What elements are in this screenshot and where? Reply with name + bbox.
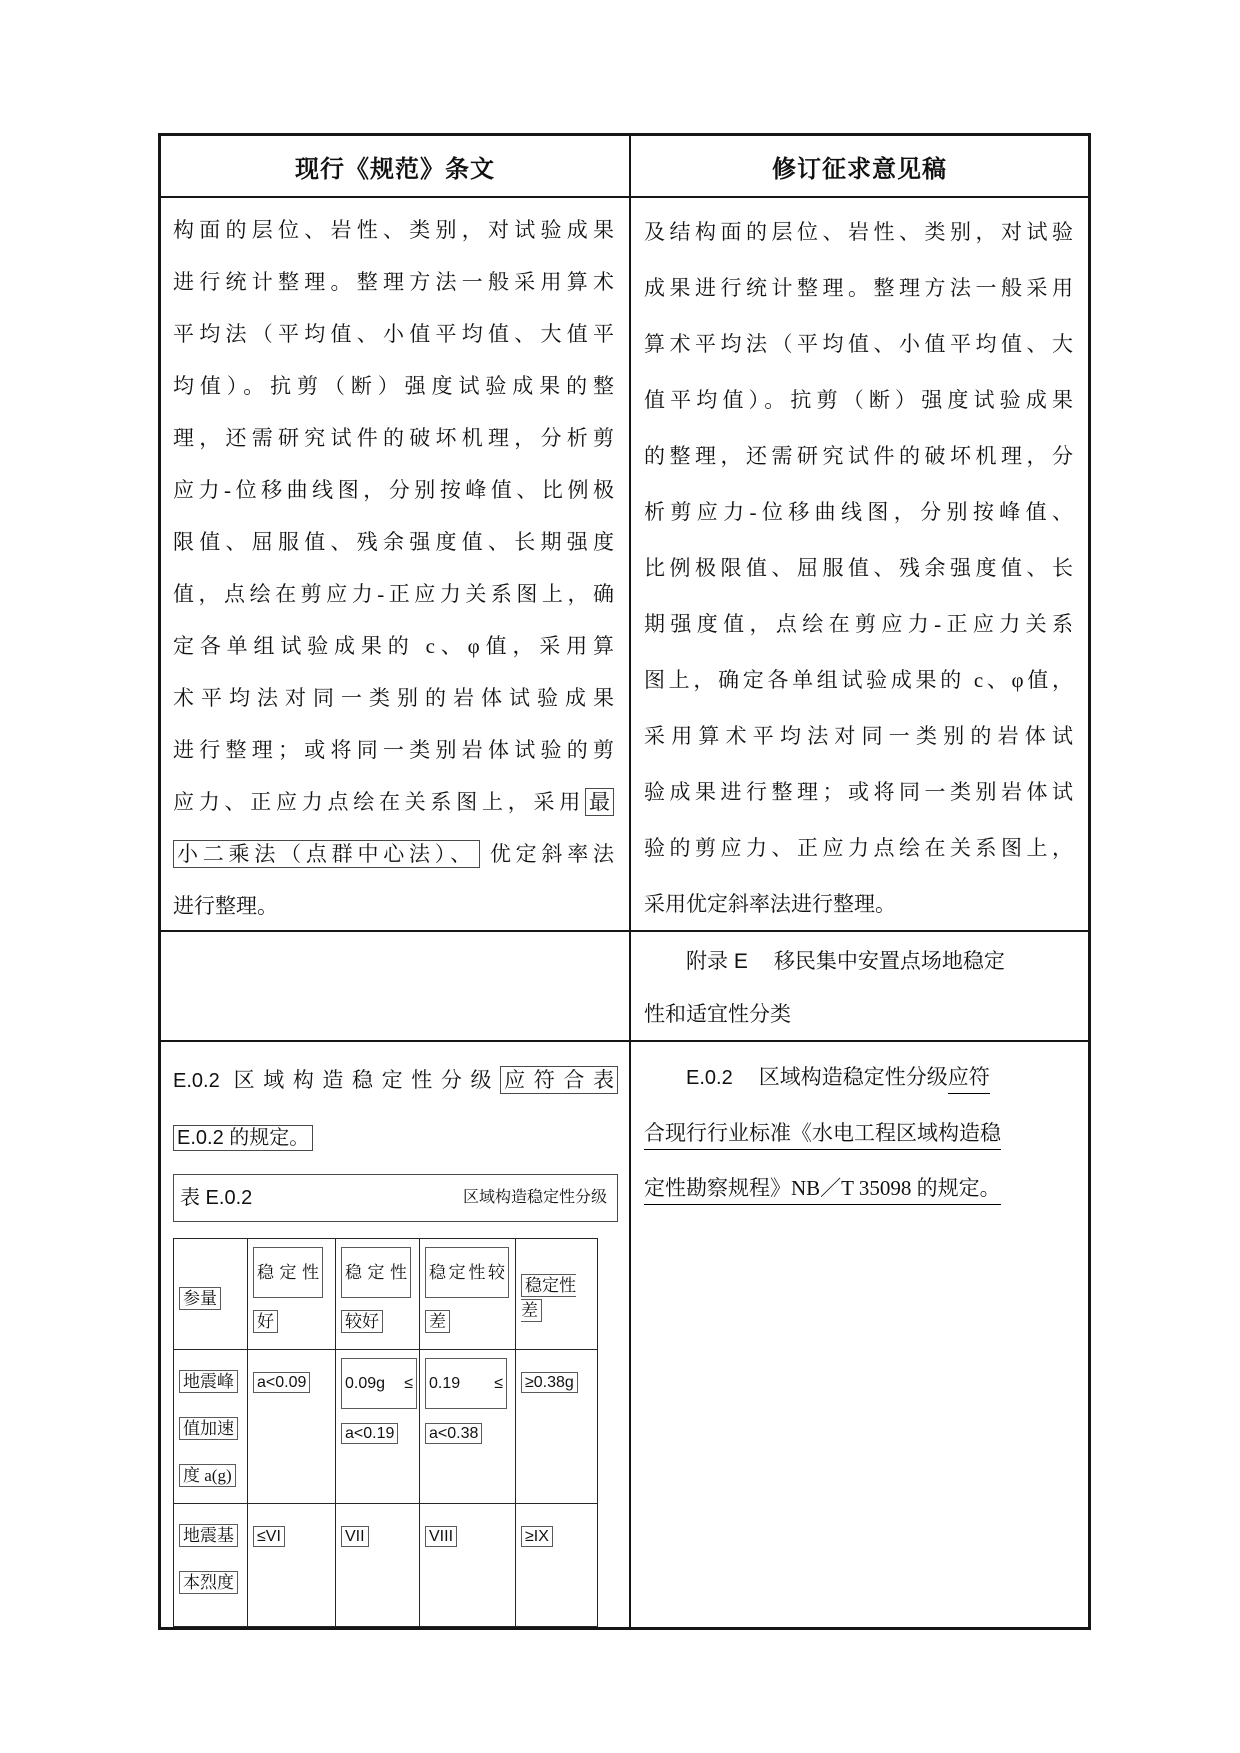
revision-box: 小二乘法（点群中心法）、 <box>173 840 480 868</box>
clause-line: E.0.2 的规定。 <box>173 1109 618 1166</box>
table-header-row: 现行《规范》条文 修订征求意见稿 <box>161 136 1088 198</box>
revision-box: a<0.38 <box>425 1423 482 1444</box>
revision-box: 度 a(g) <box>179 1464 236 1487</box>
text-line: 及结构面的层位、岩性、类别，对试验 <box>644 204 1073 260</box>
revision-cell: 附录 E移民集中安置点场地稳定 性和适宜性分类 <box>631 932 1088 1040</box>
underlined-insertion: 定性勘察规程》NB／T 35098 的规定。 <box>644 1176 1001 1205</box>
clause-row: E.0.2 区域构造稳定性分级应符合表 E.0.2 的规定。 表 E.0.2区域… <box>161 1042 1088 1627</box>
revision-box: ≥IX <box>521 1526 553 1547</box>
param-cell: 地震峰值加速度 a(g) <box>174 1350 248 1504</box>
revision-cell: 及结构面的层位、岩性、类别，对试验 成果进行统计整理。整理方法一般采用 算术平均… <box>631 198 1088 930</box>
text-line: 采用算术平均法对同一类别的岩体试 <box>644 708 1073 764</box>
revision-box: 较好 <box>341 1310 383 1333</box>
table-caption: 表 E.0.2区域构造稳定性分级 <box>173 1174 618 1222</box>
current-spec-cell: E.0.2 区域构造稳定性分级应符合表 E.0.2 的规定。 表 E.0.2区域… <box>161 1042 631 1627</box>
text-line: 的整理，还需研究试件的破坏机理，分 <box>644 428 1073 484</box>
stability-table-row-acceleration: 地震峰值加速度 a(g) a<0.09 0.09g ≤a<0.19 0.19 ≤… <box>174 1350 598 1504</box>
clause-text: 区域构造稳定性分级 <box>759 1065 948 1089</box>
revision-box: 好 <box>253 1310 278 1333</box>
stability-table-header-row: 参量 稳定性好 稳定性较好 稳定性较差 稳定性差 <box>174 1239 598 1350</box>
header-cell: 稳定性较好 <box>336 1239 420 1350</box>
value-cell: a<0.09 <box>248 1350 336 1504</box>
text-line: 验的剪应力、正应力点绘在关系图上， <box>644 820 1073 876</box>
text-line: 限值、屈服值、残余强度值、长期强度 <box>173 516 614 568</box>
comparison-table: 现行《规范》条文 修订征求意见稿 构面的层位、岩性、类别，对试验成果 进行统计整… <box>158 133 1091 1630</box>
current-spec-empty-cell <box>161 932 631 1040</box>
clause-line: 合现行行业标准《水电工程区域构造稳 <box>644 1106 1073 1161</box>
stability-table: 参量 稳定性好 稳定性较好 稳定性较差 稳定性差 地震峰值加速度 a(g) a<… <box>173 1238 598 1627</box>
text-line: 成果进行统计整理。整理方法一般采用 <box>644 260 1073 316</box>
underlined-insertion: 应符 <box>948 1065 990 1094</box>
clause-text: 区域构造稳定性分级 <box>234 1068 501 1092</box>
revision-box: 稳定性较 <box>425 1247 509 1298</box>
value-cell: 0.09g ≤a<0.19 <box>336 1350 420 1504</box>
revision-box: VII <box>341 1526 369 1547</box>
clause-number: E.0.2 <box>686 1067 733 1089</box>
text-line: 术平均法对同一类别的岩体试验成果 <box>173 672 614 724</box>
stability-table-row-intensity: 地震基本烈度 ≤VI VII VIII ≥IX <box>174 1504 598 1627</box>
revision-box: VIII <box>425 1526 457 1547</box>
value-cell: ≥0.38g <box>516 1350 598 1504</box>
appendix-title-line: 附录 E移民集中安置点场地稳定 <box>644 935 1073 988</box>
text-line: 值平均值）。抗剪（断）强度试验成果 <box>644 372 1073 428</box>
text-segment: 应力、正应力点绘在关系图上，采用 <box>173 790 585 814</box>
text-line: 比例极限值、屈服值、残余强度值、长 <box>644 540 1073 596</box>
revision-box: 本烈度 <box>179 1571 238 1594</box>
text-line: 小二乘法（点群中心法）、 优定斜率法 <box>173 828 614 880</box>
header-revision-draft: 修订征求意见稿 <box>631 136 1088 196</box>
revision-box: 参量 <box>179 1287 221 1310</box>
text-line: 构面的层位、岩性、类别，对试验成果 <box>173 204 614 256</box>
revision-box: E.0.2 的规定。 <box>173 1125 313 1151</box>
text-line: 应力、正应力点绘在关系图上，采用最 <box>173 776 614 828</box>
revision-box: 最 <box>585 788 614 816</box>
revision-box: 稳定性差 <box>521 1274 576 1322</box>
appendix-title: 移民集中安置点场地稳定 <box>774 949 1005 973</box>
revision-box: 地震峰 <box>179 1370 238 1393</box>
paragraph-row: 构面的层位、岩性、类别，对试验成果 进行统计整理。整理方法一般采用算术 平均法（… <box>161 198 1088 932</box>
clause-number: E.0.2 <box>173 1070 220 1092</box>
value-cell: ≥IX <box>516 1504 598 1627</box>
revision-box: 值加速 <box>179 1417 238 1440</box>
text-line: 均值）。抗剪（断）强度试验成果的整 <box>173 360 614 412</box>
text-line: 值，点绘在剪应力-正应力关系图上，确 <box>173 568 614 620</box>
underlined-insertion: 合现行行业标准《水电工程区域构造稳 <box>644 1121 1001 1150</box>
appendix-row: 附录 E移民集中安置点场地稳定 性和适宜性分类 <box>161 932 1088 1042</box>
revision-box: 稳定性 <box>253 1247 323 1298</box>
text-line: 进行整理；或将同一类别岩体试验的剪 <box>173 724 614 776</box>
text-line: 理，还需研究试件的破坏机理，分析剪 <box>173 412 614 464</box>
revision-box: 稳定性 <box>341 1247 411 1298</box>
text-line: 算术平均法（平均值、小值平均值、大 <box>644 316 1073 372</box>
appendix-label: 附录 E <box>686 950 748 973</box>
value-cell: VII <box>336 1504 420 1627</box>
revision-box: 0.19 ≤ <box>425 1358 507 1409</box>
text-line: 验成果进行整理；或将同一类别岩体试 <box>644 764 1073 820</box>
revision-box: ≤VI <box>253 1526 285 1547</box>
text-line: 图上，确定各单组试验成果的 c、φ值， <box>644 652 1073 708</box>
table-caption-title: 区域构造稳定性分级 <box>463 1177 607 1219</box>
value-cell: VIII <box>420 1504 516 1627</box>
revision-box: a<0.09 <box>253 1372 310 1393</box>
text-line: 析剪应力-位移曲线图，分别按峰值、 <box>644 484 1073 540</box>
revision-box: a<0.19 <box>341 1423 398 1444</box>
text-line: 定各单组试验成果的 c、φ值，采用算 <box>173 620 614 672</box>
clause-line: E.0.2区域构造稳定性分级应符 <box>644 1050 1073 1106</box>
appendix-title-line: 性和适宜性分类 <box>644 988 1073 1041</box>
text-segment: 优定斜率法 <box>490 842 614 866</box>
header-cell: 稳定性好 <box>248 1239 336 1350</box>
value-cell: ≤VI <box>248 1504 336 1627</box>
text-line: 平均法（平均值、小值平均值、大值平 <box>173 308 614 360</box>
value-cell: 0.19 ≤a<0.38 <box>420 1350 516 1504</box>
table-caption-number: 表 E.0.2 <box>180 1177 252 1219</box>
text-line: 采用优定斜率法进行整理。 <box>644 876 1073 932</box>
header-cell: 稳定性较差 <box>420 1239 516 1350</box>
revision-box: 地震基 <box>179 1524 238 1547</box>
revision-box: ≥0.38g <box>521 1372 578 1393</box>
header-current-spec: 现行《规范》条文 <box>161 136 631 196</box>
text-line: 进行统计整理。整理方法一般采用算术 <box>173 256 614 308</box>
clause-line: E.0.2 区域构造稳定性分级应符合表 <box>173 1052 618 1109</box>
revision-box: 差 <box>425 1310 450 1333</box>
current-spec-cell: 构面的层位、岩性、类别，对试验成果 进行统计整理。整理方法一般采用算术 平均法（… <box>161 198 631 930</box>
text-line: 期强度值，点绘在剪应力-正应力关系 <box>644 596 1073 652</box>
text-line: 应力-位移曲线图，分别按峰值、比例极 <box>173 464 614 516</box>
param-header-cell: 参量 <box>174 1239 248 1350</box>
revision-box: 应符合表 <box>500 1066 618 1094</box>
clause-line: 定性勘察规程》NB／T 35098 的规定。 <box>644 1161 1073 1216</box>
header-cell: 稳定性差 <box>516 1239 598 1350</box>
text-line: 进行整理。 <box>173 880 614 932</box>
document-page: { "header": { "left_title": "现行《规范》条文", … <box>0 0 1240 1753</box>
param-cell: 地震基本烈度 <box>174 1504 248 1627</box>
revision-cell: E.0.2区域构造稳定性分级应符 合现行行业标准《水电工程区域构造稳 定性勘察规… <box>631 1042 1088 1627</box>
revision-box: 0.09g ≤ <box>341 1358 417 1409</box>
